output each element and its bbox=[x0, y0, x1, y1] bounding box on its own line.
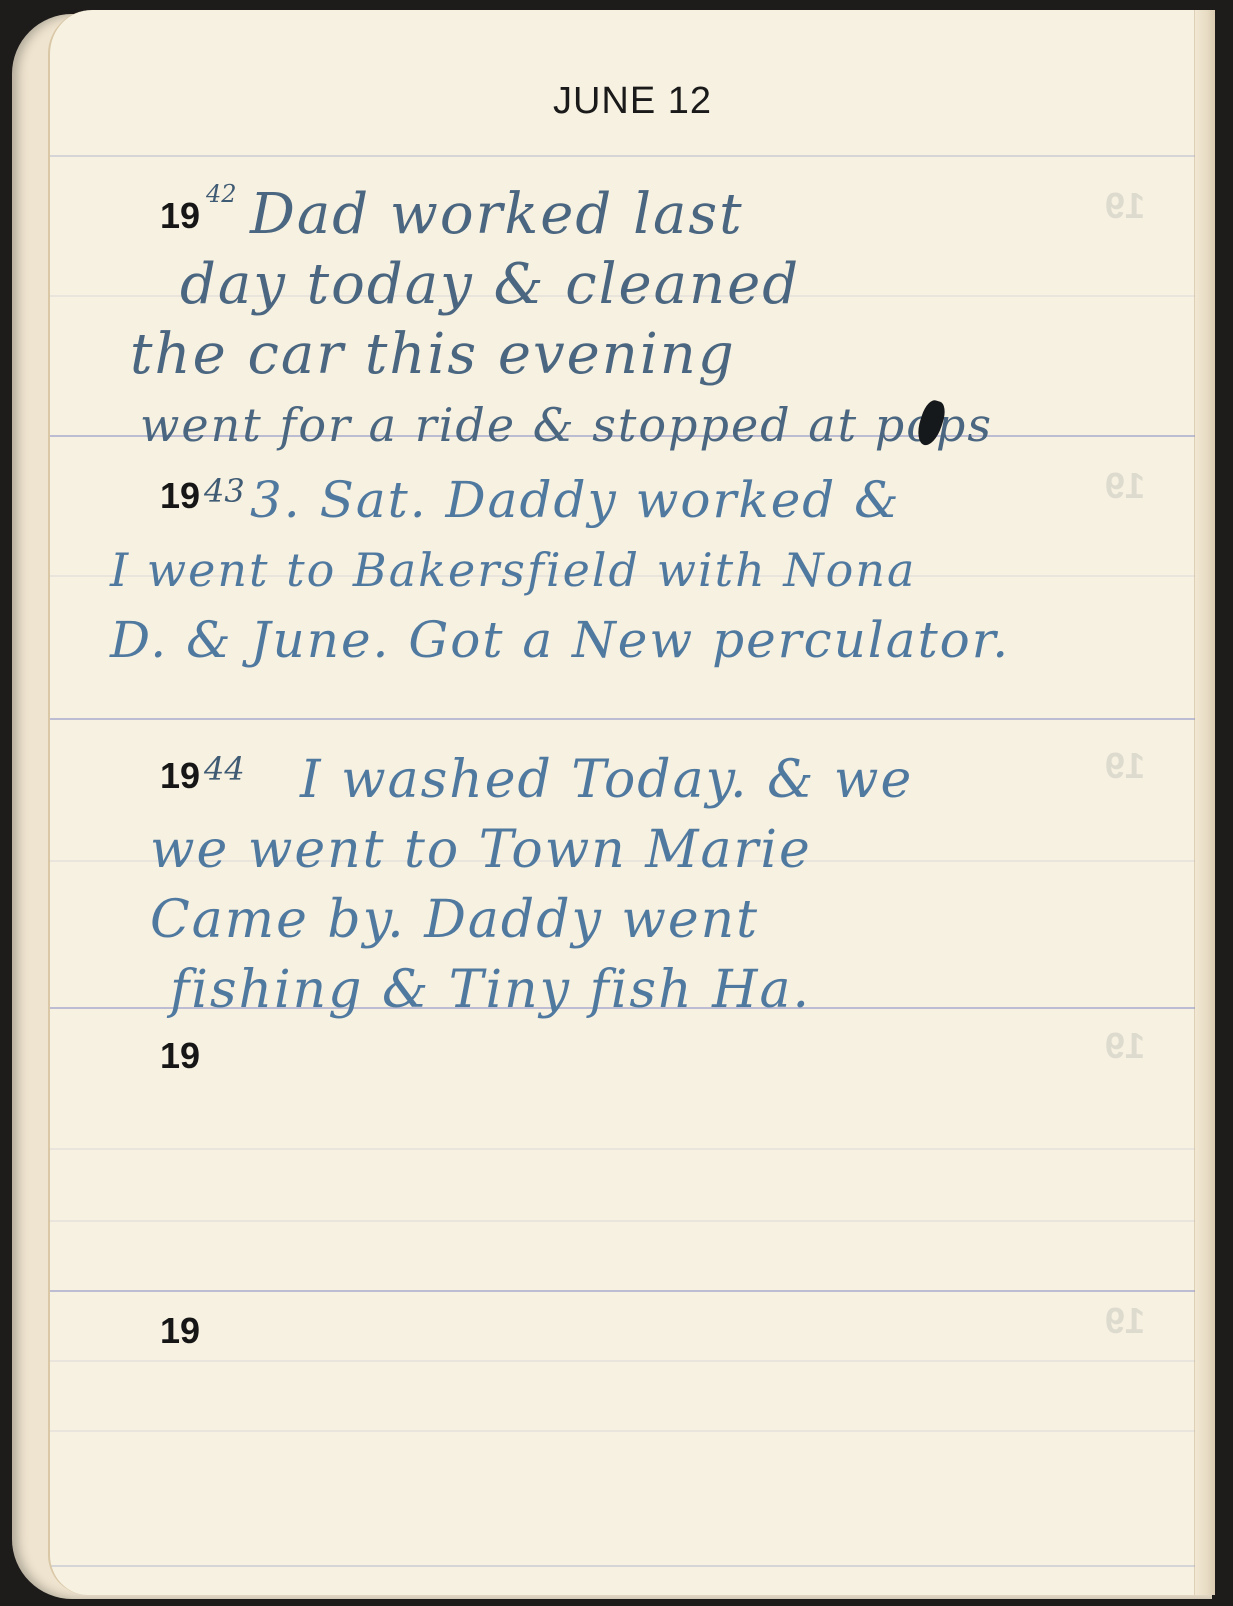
bleed-through-year: 19 bbox=[1105, 1025, 1145, 1067]
year-label: 19 bbox=[160, 1035, 200, 1077]
diary-page: JUNE 12 19 19 19 19 19 19 42 Dad worked … bbox=[48, 10, 1215, 1595]
page-date-heading: JUNE 12 bbox=[50, 80, 1215, 123]
year-label: 19 bbox=[160, 475, 200, 517]
entry-line: day today & cleaned bbox=[180, 250, 800, 320]
entry-line: D. & June. Got a New perculator. bbox=[110, 605, 1010, 675]
year-label: 19 bbox=[160, 1310, 200, 1352]
entry-line: went for a ride & stopped at pops bbox=[140, 390, 993, 460]
entry-line: I went to Bakersfield with Nona bbox=[110, 535, 916, 605]
entry-line: Dad worked last bbox=[250, 180, 744, 250]
year-label: 19 bbox=[160, 755, 200, 797]
rule-line bbox=[50, 1148, 1195, 1150]
rule-line bbox=[50, 1360, 1195, 1362]
entry-line: I washed Today. & we bbox=[300, 745, 913, 815]
entry-line: we went to Town Marie bbox=[150, 815, 812, 885]
bleed-through-year: 19 bbox=[1105, 185, 1145, 227]
rule-line bbox=[50, 1220, 1195, 1222]
entry-line: fishing & Tiny fish Ha. bbox=[170, 955, 811, 1025]
year-handwritten-suffix: 44 bbox=[204, 750, 245, 788]
bleed-through-year: 19 bbox=[1105, 745, 1145, 787]
rule-line bbox=[50, 155, 1195, 157]
rule-line bbox=[50, 1290, 1195, 1292]
year-handwritten-suffix: 42 bbox=[206, 180, 237, 208]
rule-line bbox=[50, 1430, 1195, 1432]
bleed-through-year: 19 bbox=[1105, 1300, 1145, 1342]
year-handwritten-suffix: 43 bbox=[204, 472, 245, 510]
page-edge bbox=[1194, 10, 1215, 1595]
bleed-through-year: 19 bbox=[1105, 465, 1145, 507]
entry-line: 3. Sat. Daddy worked & bbox=[250, 465, 901, 535]
year-label: 19 bbox=[160, 195, 200, 237]
entry-line: Came by. Daddy went bbox=[150, 885, 759, 955]
rule-line bbox=[50, 1565, 1195, 1567]
entry-line: the car this evening bbox=[130, 320, 736, 390]
rule-line bbox=[50, 718, 1195, 720]
